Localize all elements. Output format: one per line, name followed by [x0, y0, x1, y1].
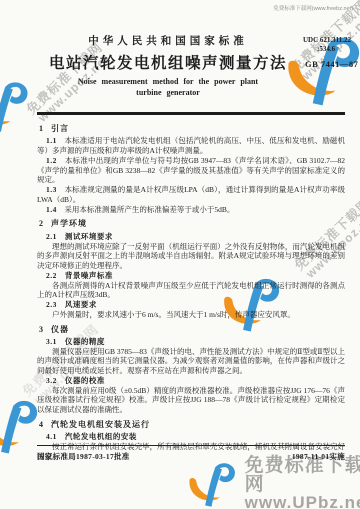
clause-number: 3.2	[46, 376, 57, 385]
download-site-note-top: 免费标准下载网(www.freebz.net)	[273, 4, 353, 12]
clause-subtitle: 汽轮发电机组的安装	[65, 432, 137, 441]
section-number: 4	[39, 420, 44, 429]
site-logo-text: 免费标准下载网 www.UPbz.net	[245, 456, 360, 509]
up-logo-icon	[186, 460, 241, 508]
document-body: 1引言 1.1 本标准适用于电站汽轮发电机组（包括汽轮机的高压、中压、低压和发电…	[37, 119, 345, 462]
clause-2-1-title: 2.1 测试环境要求	[37, 232, 345, 242]
section-number: 3	[39, 325, 44, 334]
clause-2-3-text: 户外测量时，要求风速小于6 m/s。当风速大于1 m/s时，传声器应安风罩。	[37, 310, 345, 320]
header-divider	[37, 112, 345, 115]
clause-text: 本标准规定测量的量是A计权声压级LPA（dB），通过计算得到的量是A计权声功率级…	[37, 185, 345, 204]
site-logo-url: www.UPbz.net	[245, 494, 360, 509]
approval-note: 国家标准局1987-03-17批准	[37, 451, 130, 462]
clause-text: 本标准中出现的声学单位与符号均按GB 3947—83《声学名词术语》、GB 31…	[37, 156, 345, 185]
section-heading-2: 2声学环境	[39, 219, 345, 229]
clause-4-1-title: 4.1 汽轮发电机组的安装	[37, 432, 345, 442]
clause-1-3: 1.3 本标准规定测量的量是A计权声压级LPA（dB），通过计算得到的量是A计权…	[37, 185, 345, 205]
section-heading-3: 3仪器	[39, 325, 345, 335]
clause-subtitle: 风速要求	[65, 300, 97, 309]
standard-org-line: 中华人民共和国国家标准	[28, 33, 308, 48]
document-title: 电站汽轮发电机组噪声测量方法	[28, 51, 308, 73]
clause-2-2-title: 2.2 背景噪声标准	[37, 271, 345, 281]
document-title-english: Noise measurement method for the power p…	[28, 76, 308, 98]
section-heading-1: 1引言	[39, 124, 345, 134]
udc-line2: :534.6	[303, 45, 351, 54]
clause-3-2-title: 3.2 仪器的校准	[37, 376, 345, 386]
clause-number: 3.1	[46, 337, 57, 346]
clause-2-1-text: 理想的测试环境应除了一反射平面（机组运行平面）之外没有反射物体，而汽轮发电机组的…	[37, 242, 345, 271]
clause-3-1-title: 3.1 仪器的精度	[37, 337, 345, 347]
clause-3-1-text: 测量仪器应使用GB 3785—83《声级计的电、声性能及测试方法》中规定的Ⅱ型或…	[37, 347, 345, 376]
clause-number: 1.4	[46, 205, 57, 214]
clause-subtitle: 仪器的校准	[65, 376, 105, 385]
clause-2-2-text: 各测点所测得的A计权背景噪声声压级至少应低于汽轮发电机组正常运行时测得的各测点上…	[37, 281, 345, 301]
title-en-line1: Noise measurement method for the power p…	[28, 76, 308, 87]
section-title: 引言	[51, 124, 69, 133]
section-heading-4: 4汽轮发电机组安装及运行	[39, 420, 345, 430]
section-title: 仪器	[51, 325, 69, 334]
clause-2-3-title: 2.3 风速要求	[37, 300, 345, 310]
standard-number: GB 7441—87	[305, 59, 358, 69]
clause-number: 2.1	[46, 232, 57, 241]
effective-date-note: 1987-11-01实施	[292, 451, 345, 462]
section-number: 1	[39, 124, 44, 133]
clause-3-2-text: 每次测量前应用0级（±0.5dB）精度的声级校准器校准。声级校准器应按JJG 1…	[37, 386, 345, 415]
clause-text: 采用本标准测量所产生的标准偏差等于或小于5dB。	[64, 205, 234, 214]
footer-divider	[37, 445, 345, 446]
clause-1-2: 1.2 本标准中出现的声学单位与符号均按GB 3947—83《声学名词术语》、G…	[37, 156, 345, 185]
udc-classification: UDC 621.311.22 :534.6	[303, 36, 351, 54]
clause-number: 2.3	[46, 300, 57, 309]
clause-number: 1.2	[46, 156, 57, 165]
section-number: 2	[39, 219, 44, 228]
site-logo-bottom: 免费标准下载网 www.UPbz.net	[186, 456, 360, 509]
clause-number: 4.1	[46, 432, 57, 441]
clause-1-4: 1.4 采用本标准测量所产生的标准偏差等于或小于5dB。	[37, 205, 345, 215]
clause-number: 2.2	[46, 271, 57, 280]
clause-subtitle: 测试环境要求	[65, 232, 113, 241]
clause-number: 1.3	[46, 185, 57, 194]
clause-1-1: 1.1 本标准适用于电站汽轮发电机组（包括汽轮机的高压、中压、低压和发电机、励磁…	[37, 136, 345, 156]
clause-subtitle: 背景噪声标准	[65, 271, 113, 280]
clause-number: 1.1	[46, 136, 57, 145]
clause-subtitle: 仪器的精度	[65, 337, 105, 346]
footer-row: 国家标准局1987-03-17批准 1987-11-01实施	[37, 451, 345, 462]
clause-text: 本标准适用于电站汽轮发电机组（包括汽轮机的高压、中压、低压和发电机、励磁机等）多…	[37, 136, 345, 155]
section-title: 汽轮发电机组安装及运行	[51, 420, 150, 429]
udc-line1: UDC 621.311.22	[303, 36, 351, 45]
title-en-line2: turbine generator	[28, 87, 308, 98]
section-title: 声学环境	[51, 219, 87, 228]
standard-document-page: 免费标准下载网 www.upoz.net 免费标准下载网 www.upoz.ne…	[0, 0, 360, 509]
